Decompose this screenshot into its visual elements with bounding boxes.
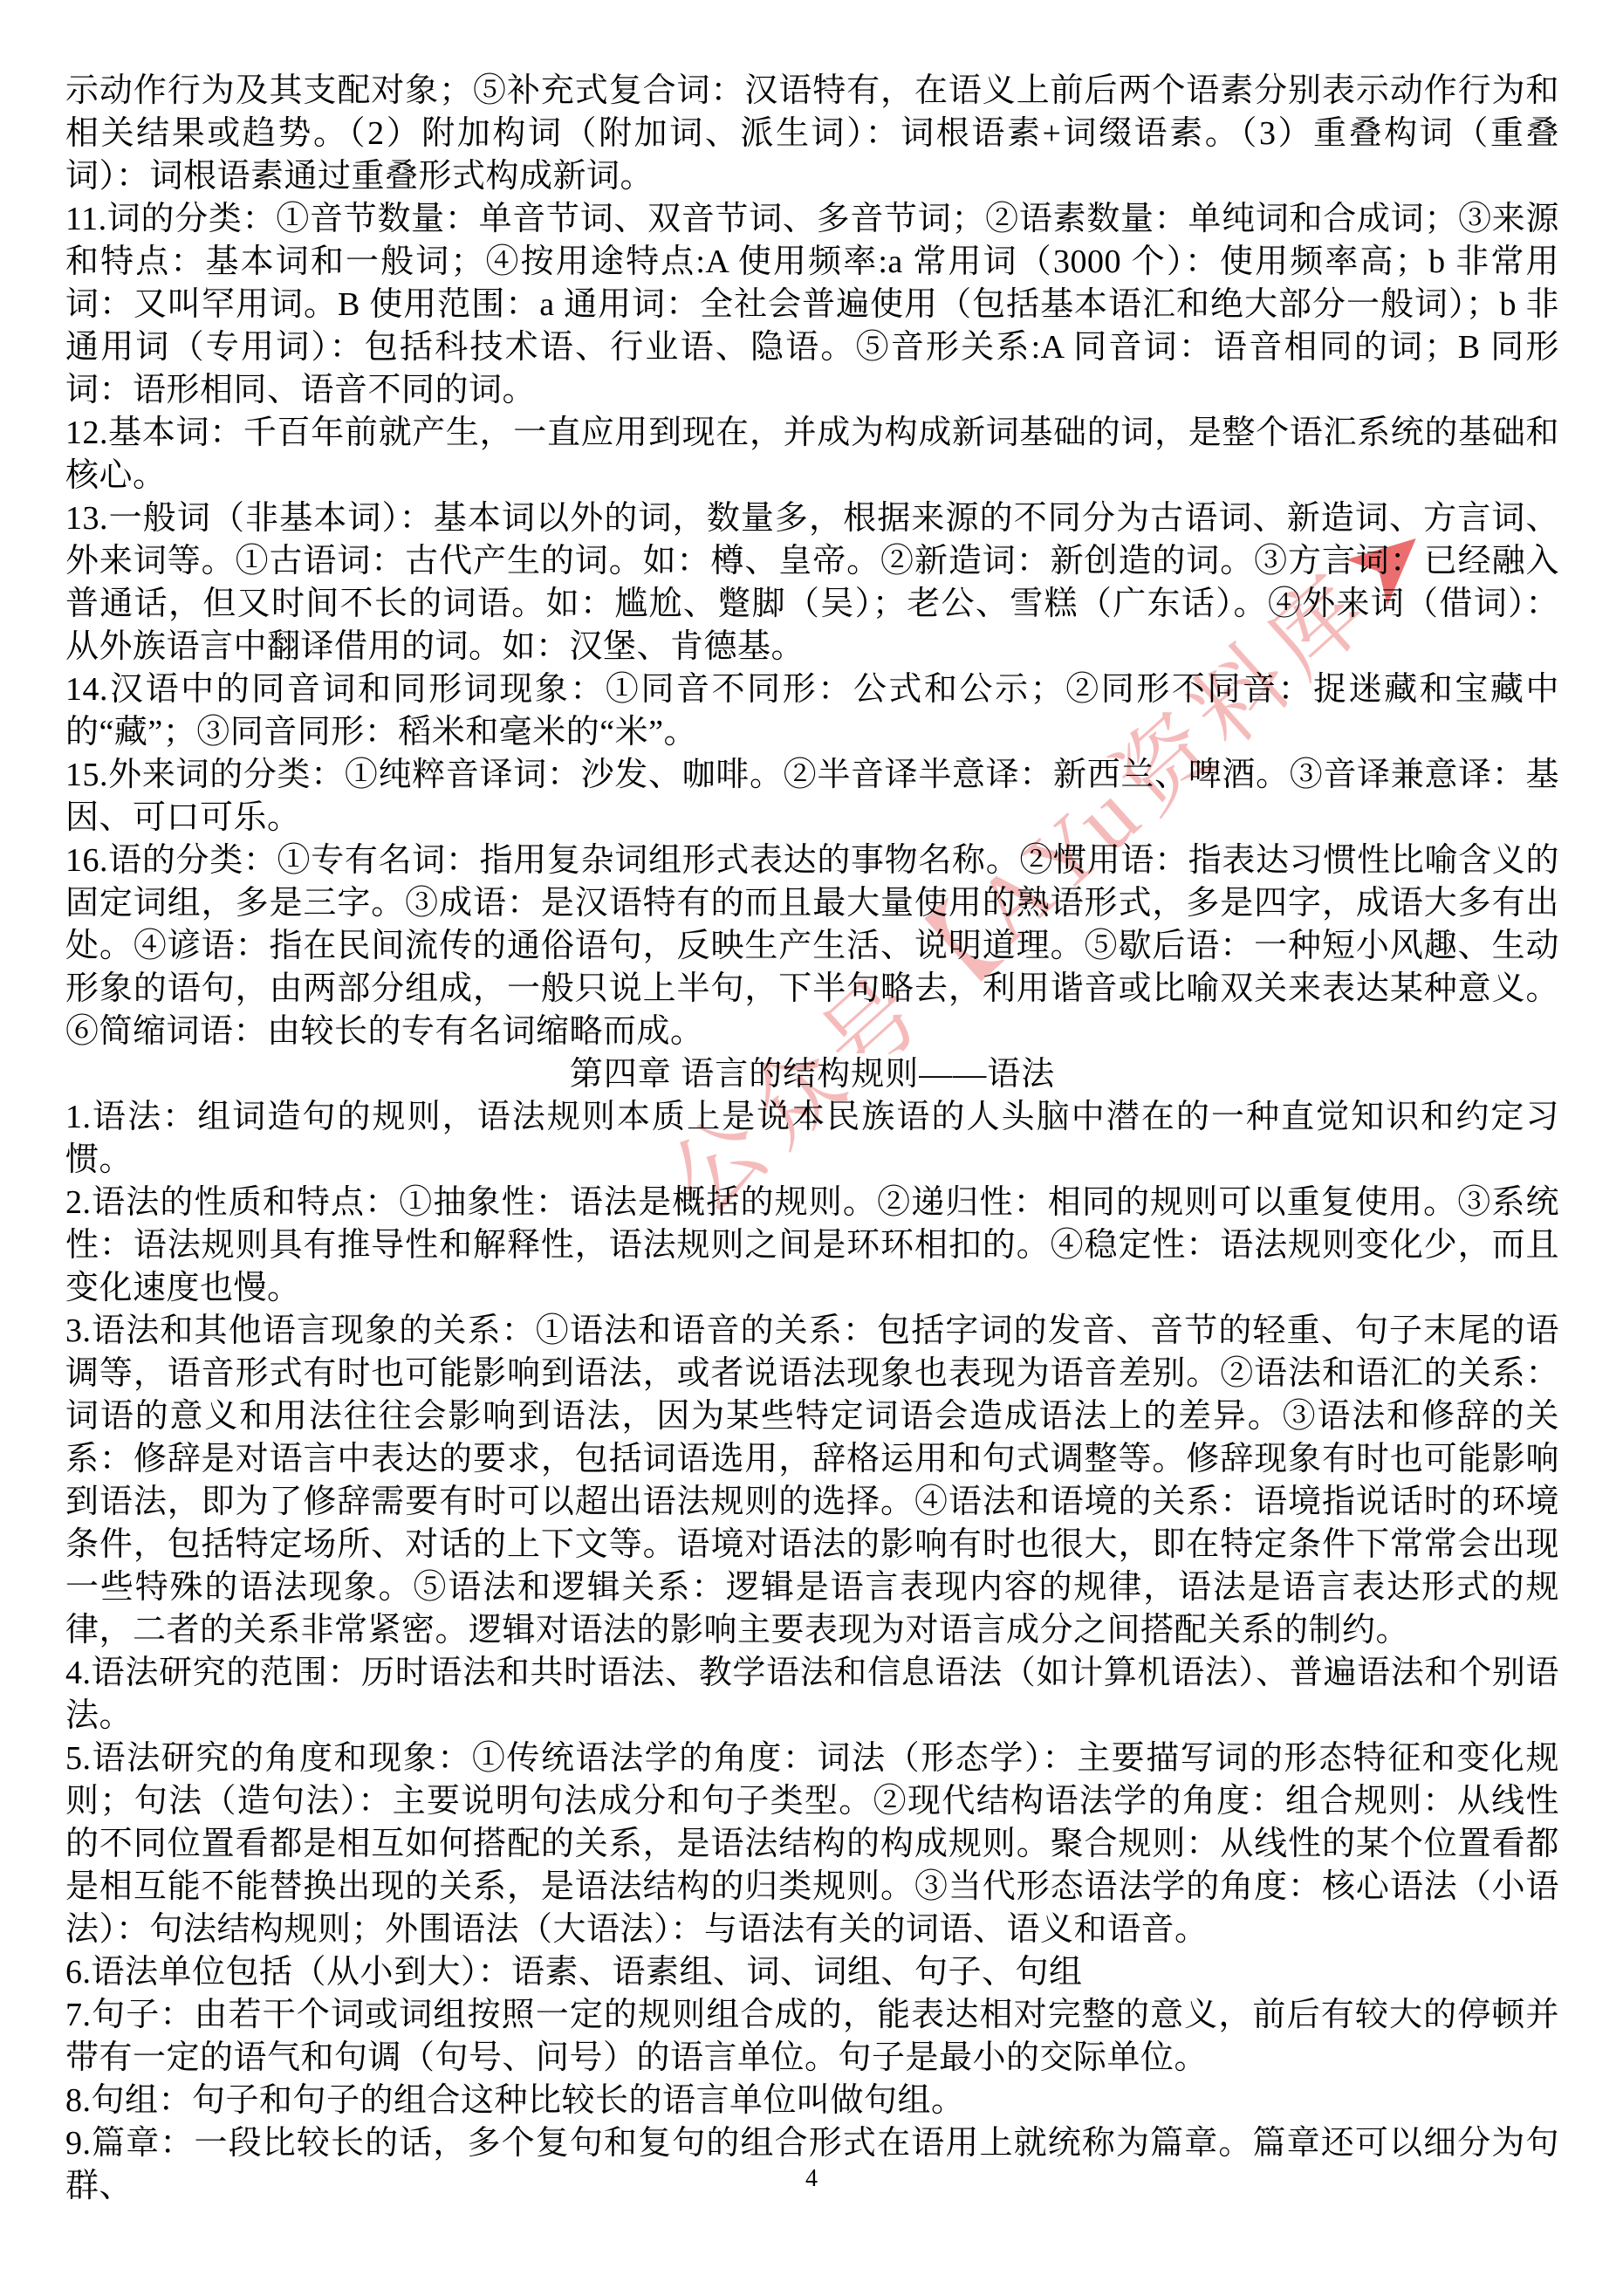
paragraph-item-4: 4.语法研究的范围：历时语法和共时语法、教学语法和信息语法（如计算机语法）、普遍…: [65, 1652, 1559, 1737]
paragraph-item-15: 15.外来词的分类：①纯粹音译词：沙发、咖啡。②半音译半意译：新西兰、啤酒。③音…: [65, 754, 1559, 840]
paragraph-item-6: 6.语法单位包括（从小到大）：语素、语素组、词、词组、句子、句组: [65, 1951, 1559, 1994]
paragraph-item-3: 3.语法和其他语言现象的关系：①语法和语音的关系：包括字词的发音、音节的轻重、句…: [65, 1310, 1559, 1652]
paragraph-item-5: 5.语法研究的角度和现象：①传统语法学的角度：词法（形态学）：主要描写词的形态特…: [65, 1737, 1559, 1951]
paragraph-item-11: 11.词的分类：①音节数量：单音节词、双音节词、多音节词；②语素数量：单纯词和合…: [65, 198, 1559, 412]
paragraph-item-8: 8.句组：句子和句子的组合这种比较长的语言单位叫做句组。: [65, 2080, 1559, 2122]
document-content: 示动作行为及其支配对象；⑤补充式复合词：汉语特有，在语义上前后两个语素分别表示动…: [65, 70, 1559, 2208]
page-number: 4: [0, 2165, 1623, 2193]
paragraph-item-12: 12.基本词：千百年前就产生，一直应用到现在，并成为构成新词基础的词，是整个语汇…: [65, 412, 1559, 497]
chapter-heading: 第四章 语言的结构规则——语法: [65, 1053, 1559, 1096]
paragraph-item-16: 16.语的分类：①专有名词：指用复杂词组形式表达的事物名称。②惯用语：指表达习惯…: [65, 840, 1559, 1053]
paragraph-item-13: 13.一般词（非基本词）：基本词以外的词，数量多，根据来源的不同分为古语词、新造…: [65, 497, 1559, 668]
paragraph-item-1: 1.语法：组词造句的规则，语法规则本质上是说本民族语的人头脑中潜在的一种直觉知识…: [65, 1096, 1559, 1182]
document-page: 公众号【AYu资料库➤ 示动作行为及其支配对象；⑤补充式复合词：汉语特有，在语义…: [0, 0, 1623, 2296]
paragraph-item-2: 2.语法的性质和特点：①抽象性：语法是概括的规则。②递归性：相同的规则可以重复使…: [65, 1182, 1559, 1310]
paragraph-item-14: 14.汉语中的同音词和同形词现象：①同音不同形：公式和公示；②同形不同音：捉迷藏…: [65, 668, 1559, 754]
paragraph-item-7: 7.句子：由若干个词或词组按照一定的规则组合成的，能表达相对完整的意义，前后有较…: [65, 1994, 1559, 2080]
paragraph-word-formation: 示动作行为及其支配对象；⑤补充式复合词：汉语特有，在语义上前后两个语素分别表示动…: [65, 70, 1559, 198]
